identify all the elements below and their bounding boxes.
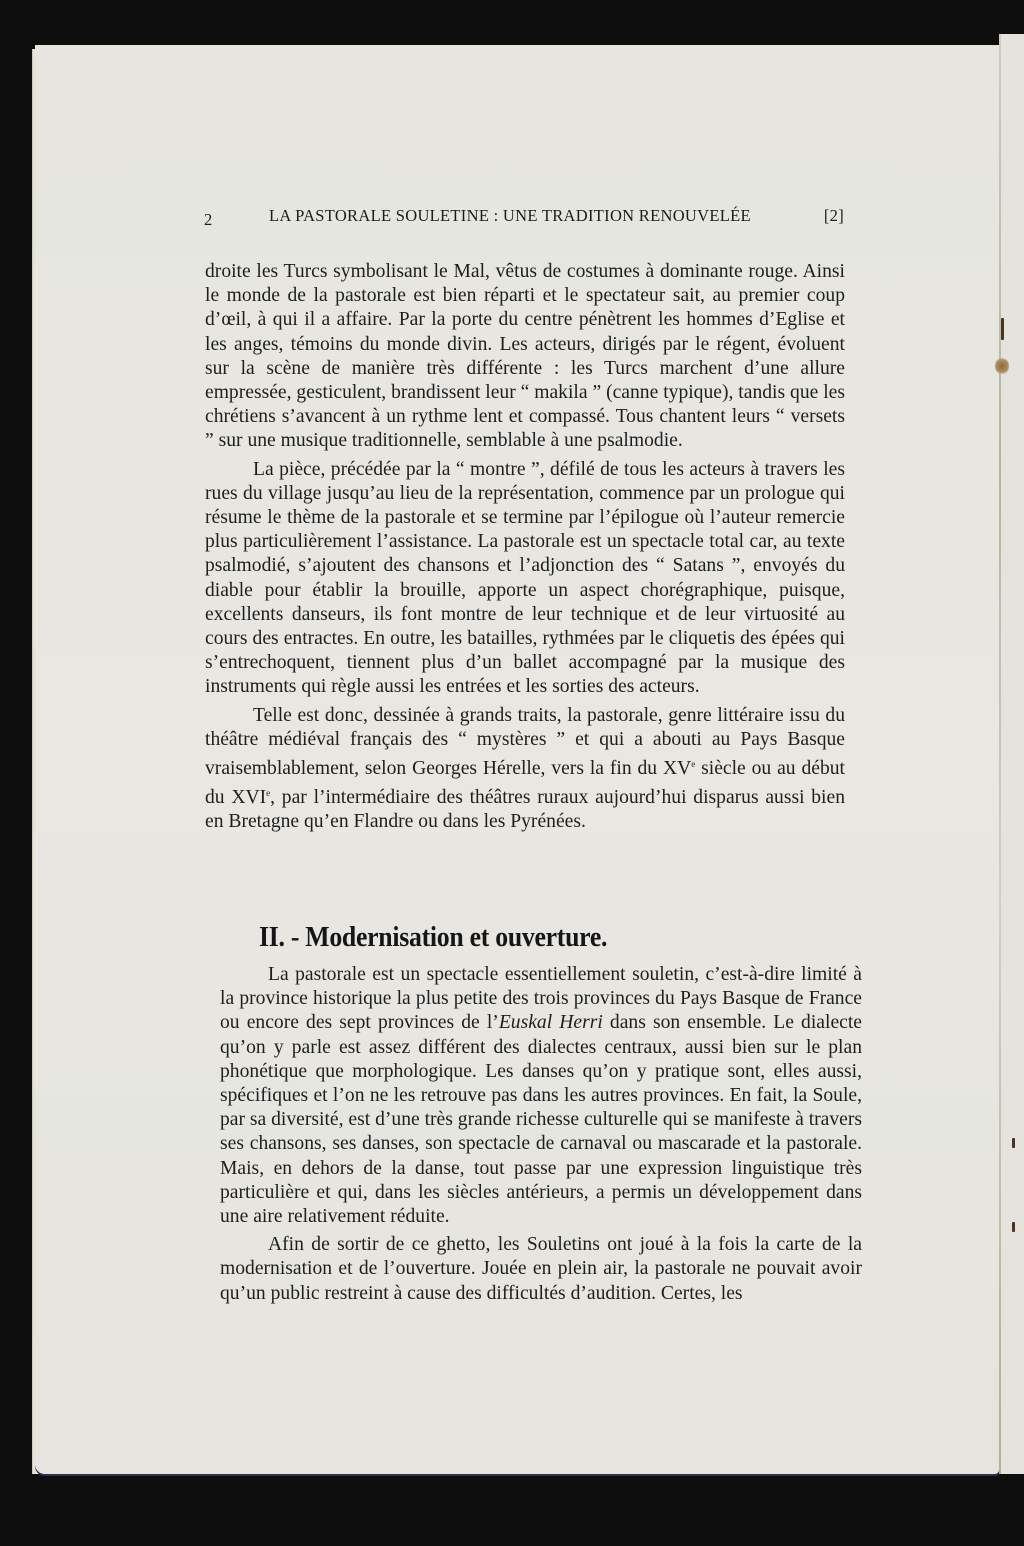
paragraph: La pastorale est un spectacle essentiell… [220,963,862,1229]
running-title: LA PASTORALE SOULETINE : UNE TRADITION R… [269,206,751,226]
section-two-body: La pastorale est un spectacle essentiell… [220,963,862,1306]
page-number: 2 [204,210,213,230]
edge-mark [1001,318,1004,340]
running-head: 2 LA PASTORALE SOULETINE : UNE TRADITION… [204,206,844,228]
paragraph: droite les Turcs symbolisant le Mal, vêt… [205,260,845,454]
page-reference: [2] [824,206,844,226]
page-fold [999,34,1001,1474]
paragraph: Afin de sortir de ce ghetto, les Souleti… [220,1233,862,1306]
paragraph: Telle est donc, dessinée à grands traits… [205,704,845,835]
foxing-stain [995,357,1009,375]
edge-mark [1012,1222,1015,1232]
section-heading: II. - Modernisation et ouverture. [259,922,607,954]
paragraph: La pièce, précédée par la “ montre ”, dé… [205,458,845,700]
facing-page-edge [1000,34,1024,1474]
section-one-body: droite les Turcs symbolisant le Mal, vêt… [205,260,845,835]
edge-mark [1012,1138,1015,1148]
